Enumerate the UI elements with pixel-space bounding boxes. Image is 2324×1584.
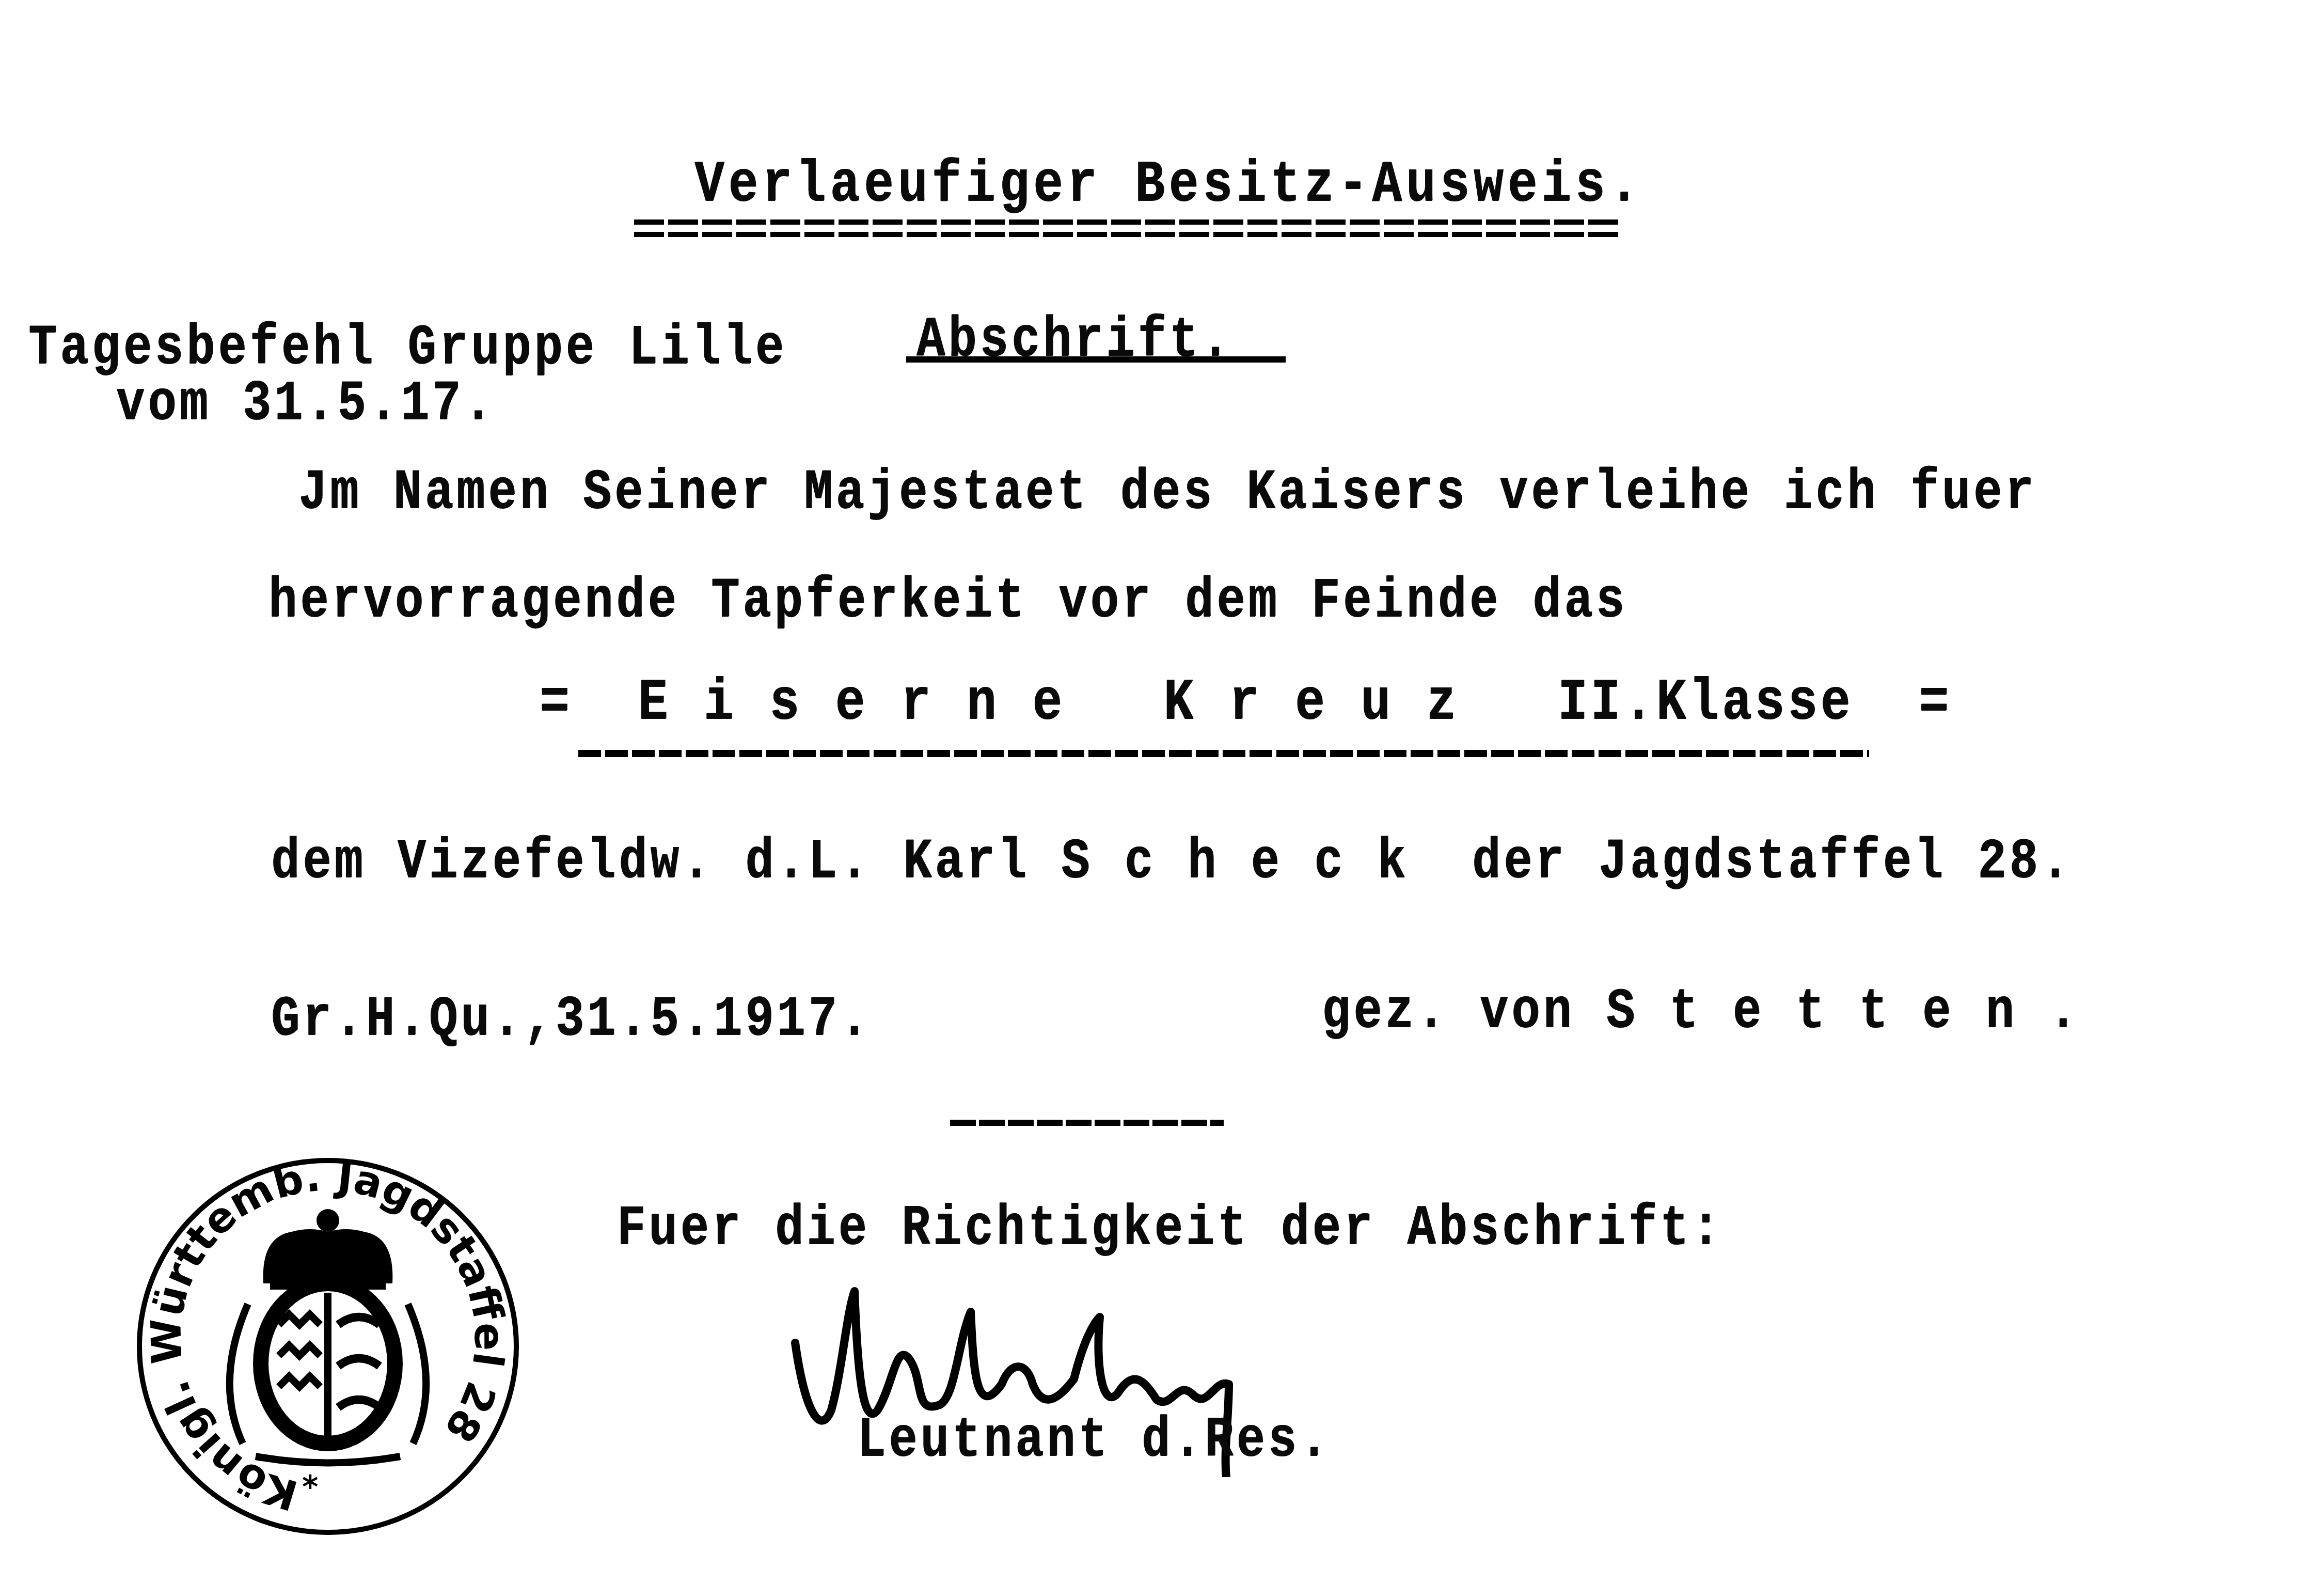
order-date: vom 31.5.17. bbox=[116, 376, 496, 432]
award-name: = E i s e r n e K r e u z II.Klasse = bbox=[540, 674, 1952, 732]
certification-line: Fuer die Richtigkeit der Abschrift: bbox=[617, 1201, 1723, 1257]
document-title: Verlaeufiger Besitz-Ausweis. bbox=[694, 156, 1643, 214]
coat-of-arms-icon bbox=[253, 1276, 403, 1451]
signed-by: gez. von S t e t t e n . bbox=[1322, 984, 2080, 1040]
body-line-2: hervorragende Tapferkeit vor dem Feinde … bbox=[268, 573, 1627, 630]
copy-label-underline bbox=[906, 356, 1286, 363]
order-reference: Tagesbefehl Gruppe Lille bbox=[28, 320, 787, 377]
body-line-1: Jm Namen Seiner Majestaet des Kaisers ve… bbox=[298, 465, 2037, 521]
svg-text:*: * bbox=[302, 1469, 318, 1505]
place-and-date: Gr.H.Qu.,31.5.1917. bbox=[271, 992, 872, 1048]
award-dashed-underline bbox=[578, 750, 1869, 757]
title-double-underline bbox=[634, 219, 1620, 237]
unit-stamp: Königl. Württemb. Jagdstaffel 28 * bbox=[132, 1154, 524, 1539]
recipient-line: dem Vizefeldw. d.L. Karl S c h e c k der… bbox=[271, 834, 2073, 890]
signatory-rank: Leutnant d.Res. bbox=[857, 1413, 1331, 1469]
separator-rule bbox=[950, 1120, 1224, 1126]
